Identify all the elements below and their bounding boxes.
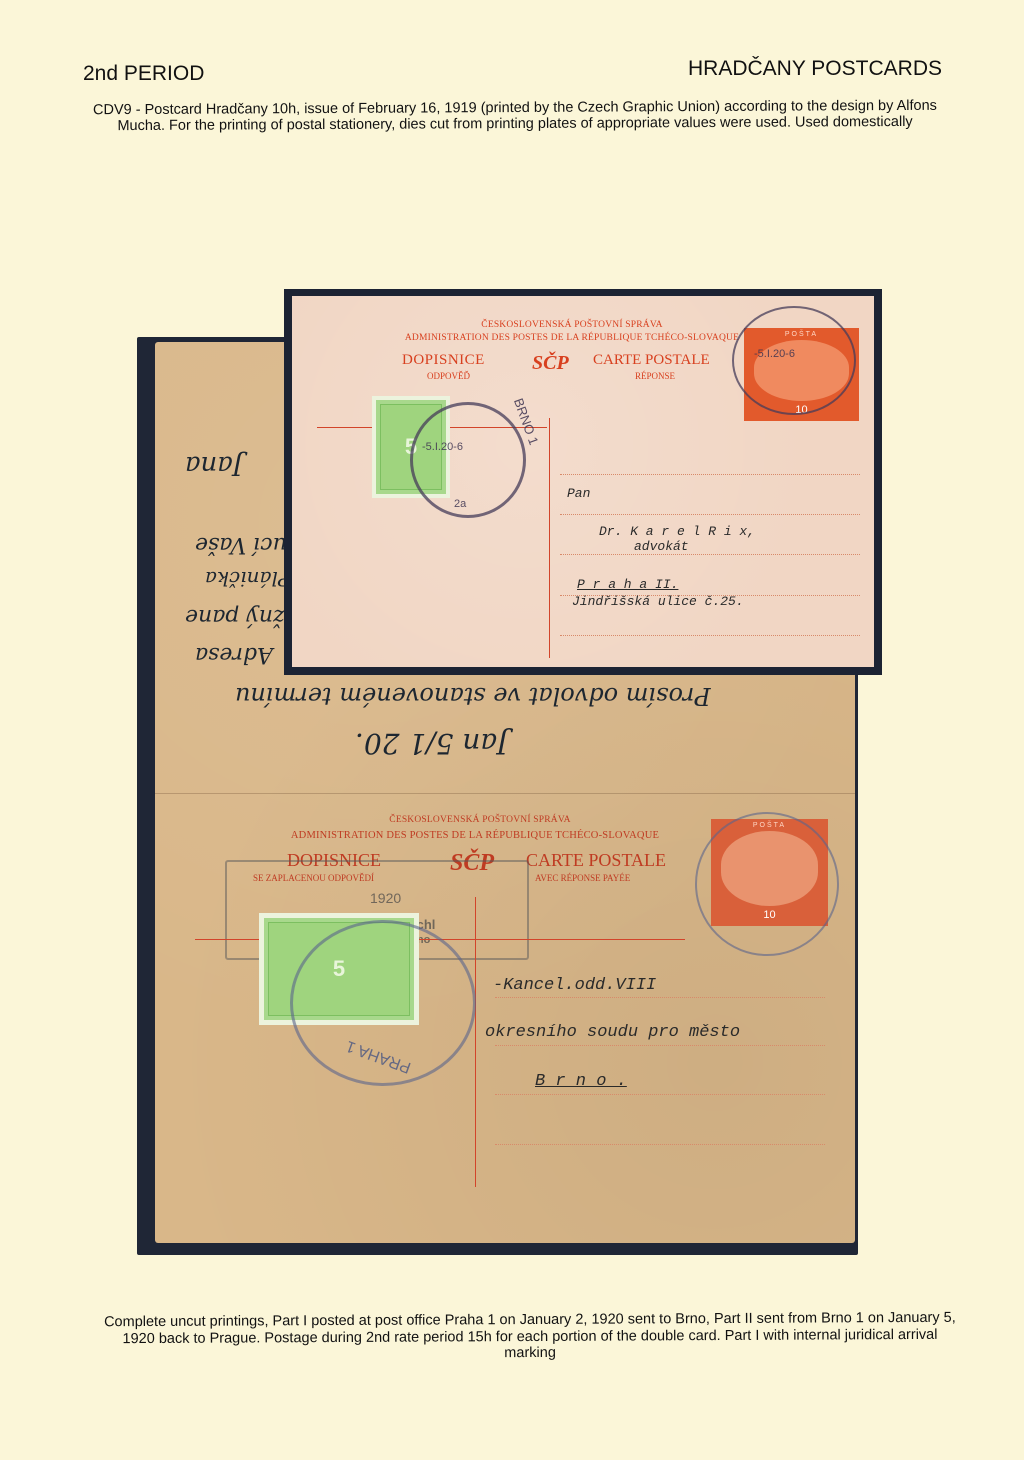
handwriting-line: Jana [185,450,243,480]
upper-reply-postcard: ČESKOSLOVENSKÁ POŠTOVNÍ SPRÁVA ADMINISTR… [292,296,874,667]
cancel-suffix: 2a [454,498,466,510]
arrival-mark-year: 1920 [370,890,401,906]
exhibit-caption: Complete uncut printings, Part I posted … [95,1310,965,1364]
address-line: B r n o . [535,1072,627,1091]
card-fold-line [155,793,855,794]
divider-line [195,939,265,940]
address-line: Pan [567,486,590,501]
postal-logo-icon: SČP [532,352,569,375]
cancel-date: -5.I.20-6 [754,348,795,360]
card-subtitle-french: RÉPONSE [635,371,675,381]
card-title-french: CARTE POSTALE [593,352,710,369]
handwriting-date: Jan 5/1 20. [355,727,508,760]
card-title-french: CARTE POSTALE [526,850,666,871]
address-divider-line [475,897,476,1187]
address-dotted-line [560,554,860,555]
address-divider-line [549,418,550,658]
address-dotted-line [560,514,860,515]
brno-cancel-mark [732,306,856,415]
address-dotted-line [560,635,860,636]
admin-line-french: ADMINISTRATION DES POSTES DE LA RÉPUBLIQ… [352,333,792,343]
cancel-date: -5.I.20-6 [422,441,463,453]
praha-cancel-mark [695,812,839,956]
address-line: -Kancel.odd.VIII [493,976,656,995]
address-line: Jindřišská ulice č.25. [572,594,744,609]
address-dotted-line [560,474,860,475]
handwriting-line: Adresa [195,642,273,667]
admin-line-czech: ČESKOSLOVENSKÁ POŠTOVNÍ SPRÁVA [255,815,705,825]
admin-line-french: ADMINISTRATION DES POSTES DE LA RÉPUBLIQ… [235,830,715,841]
admin-line-czech: ČESKOSLOVENSKÁ POŠTOVNÍ SPRÁVA [362,320,782,330]
page-collection-heading: HRADČANY POSTCARDS [688,57,942,81]
address-dotted-line [495,1144,825,1145]
address-line: advokát [634,539,689,554]
card-title-czech: DOPISNICE [402,352,485,369]
page-period-heading: 2nd PERIOD [83,62,204,86]
address-line: P r a h a II. [577,577,678,592]
address-dotted-line [495,997,825,998]
intro-description: CDV9 - Postcard Hradčany 10h, issue of F… [70,98,960,135]
address-dotted-line [495,1045,825,1046]
address-dotted-line [495,1094,825,1095]
address-line: Dr. K a r e l R i x, [599,524,755,539]
card-subtitle-czech: ODPOVĚĎ [427,371,470,381]
handwriting-line: Prosím odvolat ve stanoveném termínu [235,682,711,710]
card-subtitle-french: AVEC RÉPONSE PAYÉE [535,873,630,883]
brno-cancel-mark [410,402,526,518]
address-line: okresního soudu pro město [485,1023,740,1042]
